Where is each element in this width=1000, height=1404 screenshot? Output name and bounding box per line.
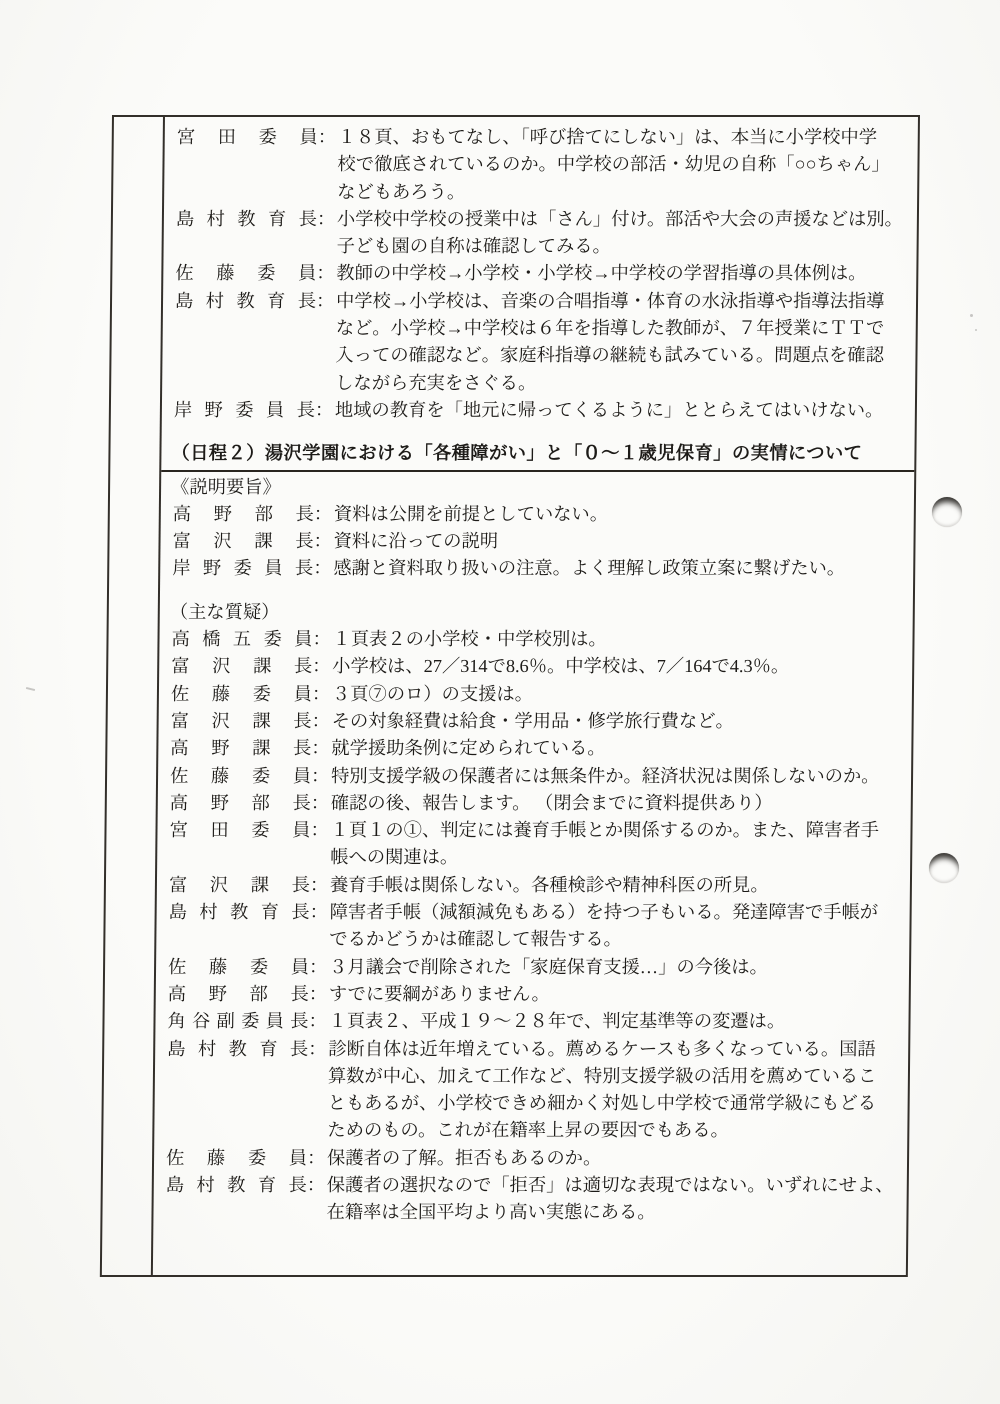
speaker-name: 富沢課長	[171, 708, 312, 735]
speaker-name: 島村教育長	[167, 1036, 308, 1063]
speech-row: 島村教育長：小学校中学校の授業中は「さん」付け。部活や大会の声援などは別。 子ど…	[163, 206, 917, 261]
speaker-name: 島村教育長	[169, 899, 310, 926]
colon-separator: ：	[316, 260, 336, 287]
speech-text: 保護者の了解。拒否もあるのか。	[327, 1145, 907, 1172]
speaker-name: 高野課長	[170, 735, 311, 762]
speech-row: 島村教育長：保護者の選択なので「拒否」は適切な表現ではない。いずれにせよ、 在籍…	[153, 1172, 907, 1227]
speech-row: 島村教育長：診断自体は近年増えている。薦めるケースも多くなっている。国語 算数が…	[154, 1036, 908, 1145]
speech-text: ３頁⑦のロ）の支援は。	[332, 681, 912, 708]
speech-text: 資料は公開を前提としていない。	[334, 501, 914, 528]
speech-text: １頁１の①、判定には養育手帳とか関係するのか。また、障害者手 帳への関連は。	[330, 817, 911, 872]
scan-speck	[26, 687, 35, 691]
colon-separator: ：	[308, 1036, 328, 1063]
speech-row: 富沢課長：養育手帳は関係しない。各種検診や精神科医の所見。	[157, 872, 910, 899]
speech-text: 診断自体は近年増えている。薦めるケースも多くなっている。国語 算数が中心、加えて…	[327, 1036, 908, 1145]
scan-speck	[975, 329, 977, 331]
speech-text: １８頁、おもてなし、「呼び捨てにしない」は、本当に小学校中学 校で徹底されている…	[337, 124, 918, 206]
speech-row: 島村教育長：障害者手帳（減額減免もある）を持つ子もいる。発達障害で手帳が でるか…	[156, 899, 910, 954]
speech-text: 資料に沿っての説明	[333, 528, 913, 555]
speaker-name: 富沢課長	[169, 872, 310, 899]
section-label: （主な質疑）	[160, 599, 913, 626]
minutes-content: 宮田委員：１８頁、おもてなし、「呼び捨てにしない」は、本当に小学校中学 校で徹底…	[153, 117, 918, 1275]
blank-gap	[162, 424, 915, 440]
colon-separator: ：	[316, 288, 336, 315]
agenda-heading: （日程２）湯沢学園における「各種障がい」と「０～１歳児保育」の実情について	[161, 440, 914, 471]
speech-text: すでに要綱がありません。	[329, 981, 909, 1008]
speech-row: 高橋五委員：１頁表２の小学校・中学校別は。	[159, 626, 912, 653]
colon-separator: ：	[307, 1145, 327, 1172]
colon-separator: ：	[310, 817, 330, 844]
colon-separator: ：	[311, 735, 331, 762]
speech-row: 富沢課長：資料に沿っての説明	[160, 528, 913, 555]
speaker-name: 富沢課長	[171, 653, 312, 680]
speaker-name: 岸野委員長	[174, 397, 315, 424]
colon-separator: ：	[312, 681, 332, 708]
speaker-name: 宮田委員	[169, 817, 310, 844]
colon-separator: ：	[310, 872, 330, 899]
speaker-name: 佐藤委員	[170, 763, 311, 790]
speech-text: 特別支援学級の保護者には無条件か。経済状況は関係しないのか。	[331, 763, 911, 790]
speaker-name: 高野部長	[173, 501, 314, 528]
speech-text: ３月議会で削除された「家庭保育支援…」の今後は。	[329, 954, 909, 981]
colon-separator: ：	[308, 1008, 328, 1035]
blank-gap	[160, 583, 913, 599]
speech-text: 養育手帳は関係しない。各種検診や精神科医の所見。	[330, 872, 910, 899]
speech-text: 就学援助条例に定められている。	[331, 735, 911, 762]
speech-row: 高野部長：資料は公開を前提としていない。	[161, 501, 914, 528]
speech-row: 島村教育長：中学校→小学校は、音楽の合唱指導・体育の水泳指導や指導法指導 など。…	[162, 288, 916, 397]
speech-text: その対象経費は給食・学用品・修学旅行費など。	[332, 708, 912, 735]
colon-separator: ：	[312, 626, 332, 653]
speaker-name: 島村教育長	[175, 288, 316, 315]
colon-separator: ：	[317, 206, 337, 233]
colon-separator: ：	[309, 954, 329, 981]
speech-text: １頁表２の小学校・中学校別は。	[332, 626, 912, 653]
speech-text: 地域の教育を「地元に帰ってくるように」ととらえてはいけない。	[335, 397, 915, 424]
colon-separator: ：	[312, 653, 332, 680]
speaker-name: 高野部長	[168, 981, 309, 1008]
speaker-name: 佐藤委員	[166, 1145, 307, 1172]
speech-row: 宮田委員：１頁１の①、判定には養育手帳とか関係するのか。また、障害者手 帳への関…	[157, 817, 911, 872]
speech-row: 高野部長：確認の後、報告します。 （閉会までに資料提供あり）	[158, 790, 911, 817]
section-label: 《説明要旨》	[161, 474, 914, 501]
minutes-table: 宮田委員：１８頁、おもてなし、「呼び捨てにしない」は、本当に小学校中学 校で徹底…	[100, 115, 920, 1277]
colon-separator: ：	[318, 124, 338, 151]
speech-row: 佐藤委員：３月議会で削除された「家庭保育支援…」の今後は。	[156, 954, 909, 981]
punch-hole-bottom-icon	[929, 853, 959, 883]
colon-separator: ：	[315, 397, 335, 424]
speech-row: 角谷副委員長：１頁表２、平成１９～２８年で、判定基準等の変遷は。	[155, 1008, 908, 1035]
colon-separator: ：	[307, 1172, 327, 1199]
speech-text: 確認の後、報告します。 （閉会までに資料提供あり）	[331, 790, 911, 817]
speaker-name: 佐藤委員	[168, 954, 309, 981]
speaker-name: 島村教育長	[166, 1172, 307, 1199]
colon-separator: ：	[312, 708, 332, 735]
punch-hole-top-icon	[932, 497, 962, 527]
speech-row: 富沢課長：その対象経費は給食・学用品・修学旅行費など。	[159, 708, 912, 735]
colon-separator: ：	[313, 528, 333, 555]
speech-row: 宮田委員：１８頁、おもてなし、「呼び捨てにしない」は、本当に小学校中学 校で徹底…	[164, 124, 918, 206]
speech-row: 岸野委員長：感謝と資料取り扱いの注意。よく理解し政策立案に繋げたい。	[160, 555, 913, 582]
scan-speck	[970, 314, 973, 317]
colon-separator: ：	[313, 555, 333, 582]
speech-text: 小学校は、27／314で8.6％。中学校は、7／164で4.3％。	[332, 653, 912, 680]
speech-text: 感謝と資料取り扱いの注意。よく理解し政策立案に繋げたい。	[333, 555, 913, 582]
speech-row: 高野部長：すでに要綱がありません。	[156, 981, 909, 1008]
speaker-name: 宮田委員	[177, 124, 318, 151]
speech-text: 障害者手帳（減額減免もある）を持つ子もいる。発達障害で手帳が でるかどうかは確認…	[329, 899, 910, 954]
speech-text: 保護者の選択なので「拒否」は適切な表現ではない。いずれにせよ、 在籍率は全国平均…	[326, 1172, 907, 1227]
speech-row: 佐藤委員：３頁⑦のロ）の支援は。	[159, 681, 912, 708]
speech-row: 岸野委員長：地域の教育を「地元に帰ってくるように」ととらえてはいけない。	[162, 397, 915, 424]
speech-row: 高野課長：就学援助条例に定められている。	[158, 735, 911, 762]
speech-text: 小学校中学校の授業中は「さん」付け。部活や大会の声援などは別。 子ども園の自称は…	[336, 206, 917, 261]
speech-text: １頁表２、平成１９～２８年で、判定基準等の変遷は。	[328, 1008, 908, 1035]
scanned-page: 宮田委員：１８頁、おもてなし、「呼び捨てにしない」は、本当に小学校中学 校で徹底…	[0, 0, 1000, 1404]
speech-text: 教師の中学校→小学校・小学校→中学校の学習指導の具体例は。	[336, 260, 916, 287]
colon-separator: ：	[309, 981, 329, 1008]
speech-row: 佐藤委員：保護者の了解。拒否もあるのか。	[154, 1145, 907, 1172]
speech-row: 富沢課長：小学校は、27／314で8.6％。中学校は、7／164で4.3％。	[159, 653, 912, 680]
speech-row: 佐藤委員：教師の中学校→小学校・小学校→中学校の学習指導の具体例は。	[163, 260, 916, 287]
colon-separator: ：	[311, 790, 331, 817]
speaker-name: 佐藤委員	[171, 681, 312, 708]
speaker-name: 角谷副委員長	[167, 1008, 308, 1035]
speaker-name: 高橋五委員	[171, 626, 312, 653]
speaker-name: 岸野委員長	[172, 555, 313, 582]
colon-separator: ：	[311, 763, 331, 790]
speech-text: 中学校→小学校は、音楽の合唱指導・体育の水泳指導や指導法指導 など。小学校→中学…	[335, 288, 916, 397]
speech-row: 佐藤委員：特別支援学級の保護者には無条件か。経済状況は関係しないのか。	[158, 763, 911, 790]
speaker-name: 高野部長	[170, 790, 311, 817]
colon-separator: ：	[314, 501, 334, 528]
speaker-name: 島村教育長	[176, 206, 317, 233]
speaker-name: 富沢課長	[172, 528, 313, 555]
speaker-name: 佐藤委員	[175, 260, 316, 287]
colon-separator: ：	[310, 899, 330, 926]
